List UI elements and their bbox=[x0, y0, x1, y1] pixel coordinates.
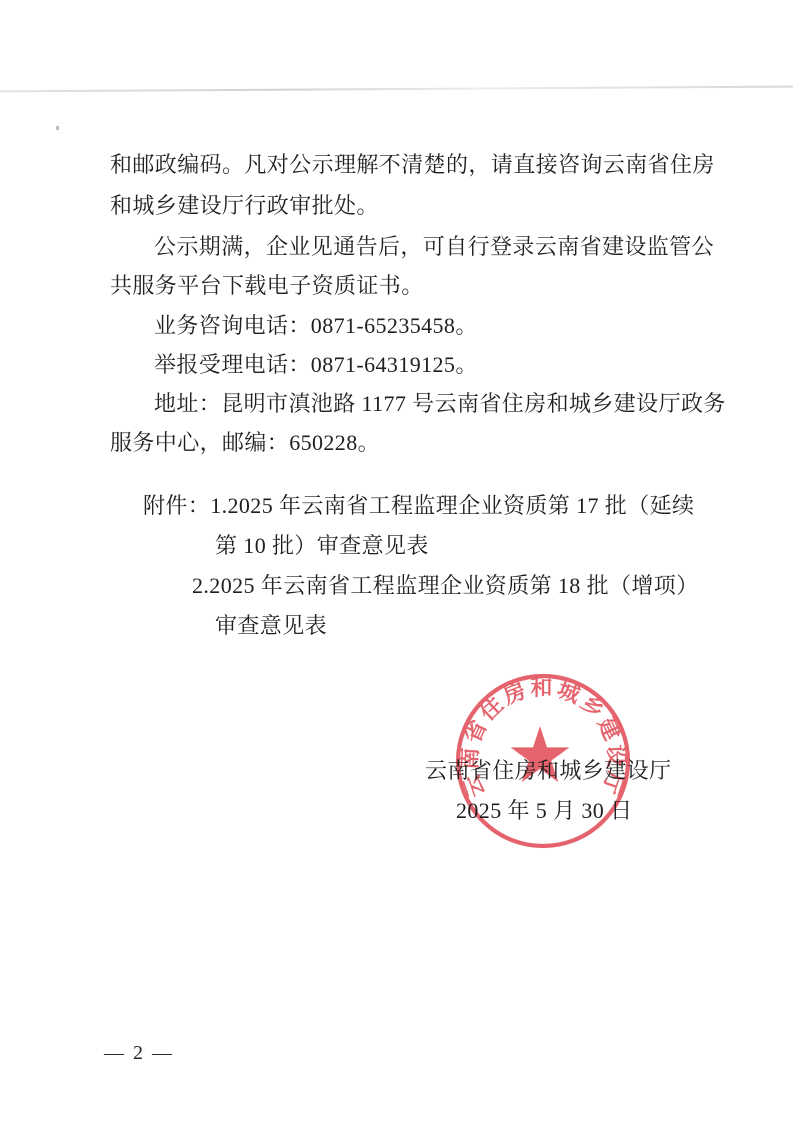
body-line: 共服务平台下载电子资质证书。 bbox=[110, 272, 424, 300]
signature-issuer: 云南省住房和城乡建设厅 bbox=[425, 757, 671, 785]
attachment-line: 审查意见表 bbox=[215, 612, 327, 640]
business-phone-line: 业务咨询电话：0871-65235458。 bbox=[154, 312, 478, 340]
body-line: 和邮政编码。凡对公示理解不清楚的，请直接咨询云南省住房 bbox=[110, 151, 715, 179]
scan-artifact-speck bbox=[56, 126, 59, 130]
address-line: 地址：昆明市滇池路 1177 号云南省住房和城乡建设厅政务 bbox=[154, 390, 726, 418]
attachment-line: 2.2025 年云南省工程监理企业资质第 18 批（增项） bbox=[192, 572, 699, 600]
document-page: 和邮政编码。凡对公示理解不清楚的，请直接咨询云南省住房 和城乡建设厅行政审批处。… bbox=[0, 0, 793, 1122]
scan-artifact-line bbox=[0, 86, 793, 93]
page-number: — 2 — bbox=[104, 1042, 174, 1065]
signature-date: 2025 年 5 月 30 日 bbox=[456, 797, 633, 825]
address-line: 服务中心，邮编：650228。 bbox=[110, 429, 380, 457]
body-line: 和城乡建设厅行政审批处。 bbox=[110, 192, 379, 220]
attachment-line: 附件：1.2025 年云南省工程监理企业资质第 17 批（延续 bbox=[143, 492, 694, 520]
attachment-line: 第 10 批）审查意见表 bbox=[215, 532, 429, 560]
body-line: 公示期满，企业见通告后，可自行登录云南省建设监管公 bbox=[154, 233, 714, 261]
report-phone-line: 举报受理电话：0871-64319125。 bbox=[154, 351, 478, 379]
